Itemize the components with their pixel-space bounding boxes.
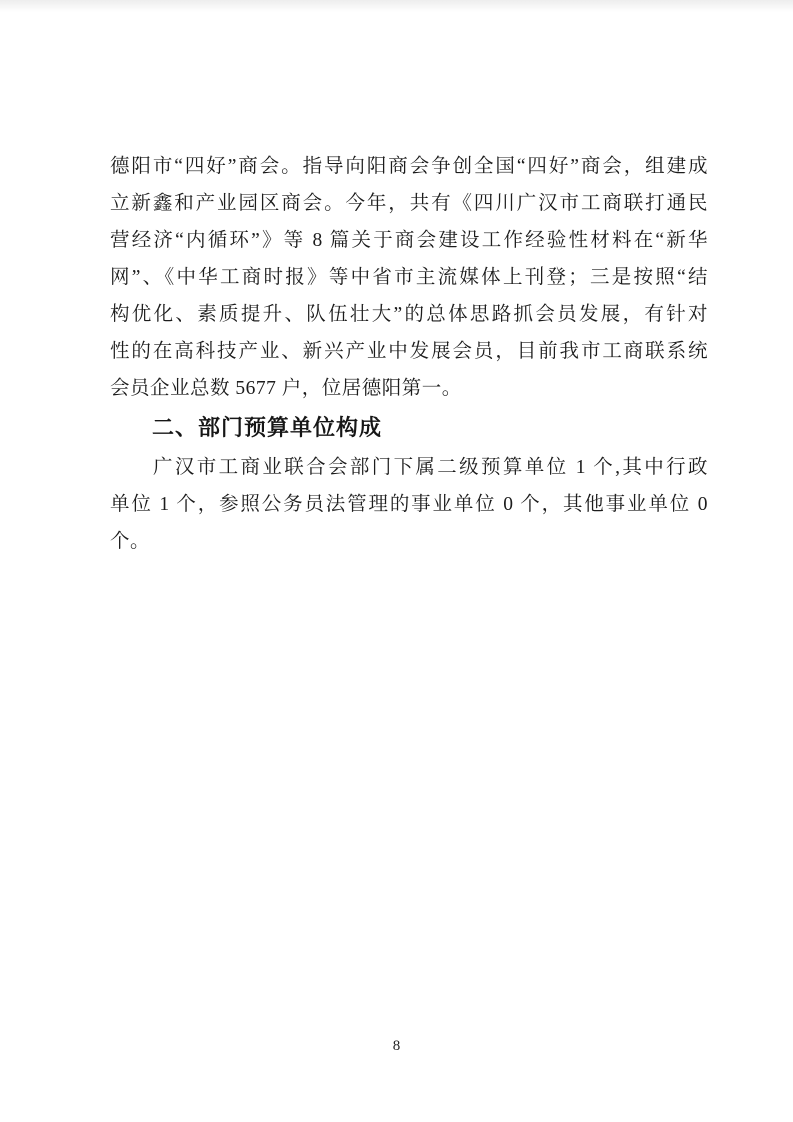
- paragraph1-line-4: 网”、《中华工商时报》等中省市主流媒体上刊登；三是按照“结: [110, 259, 708, 296]
- paragraph1-line-2: 立新鑫和产业园区商会。今年，共有《四川广汉市工商联打通民: [110, 185, 708, 222]
- paragraph1-line-6: 性的在高科技产业、新兴产业中发展会员，目前我市工商联系统: [110, 333, 708, 370]
- paragraph1-line-3: 营经济“内循环”》等 8 篇关于商会建设工作经验性材料在“新华: [110, 222, 708, 259]
- paragraph1-line-5: 构优化、素质提升、队伍壮大”的总体思路抓会员发展，有针对: [110, 296, 708, 333]
- paragraph1-line-7: 会员企业总数 5677 户，位居德阳第一。: [110, 370, 708, 407]
- paragraph2-line-1: 广汉市工商业联合会部门下属二级预算单位 1 个,其中行政: [110, 449, 708, 486]
- paragraph2-line-2: 单位 1 个，参照公务员法管理的事业单位 0 个，其他事业单位 0: [110, 486, 708, 523]
- paragraph-1: 德阳市“四好”商会。指导向阳商会争创全国“四好”商会，组建成 立新鑫和产业园区商…: [110, 148, 708, 407]
- paragraph2-line-3: 个。: [110, 523, 708, 560]
- section-heading: 二、部门预算单位构成: [152, 407, 708, 449]
- paragraph-2: 广汉市工商业联合会部门下属二级预算单位 1 个,其中行政 单位 1 个，参照公务…: [110, 449, 708, 560]
- paragraph1-line-1: 德阳市“四好”商会。指导向阳商会争创全国“四好”商会，组建成: [110, 148, 708, 185]
- page-number: 8: [0, 1036, 793, 1056]
- scan-edge-shading: [0, 0, 793, 14]
- page-body-text: 德阳市“四好”商会。指导向阳商会争创全国“四好”商会，组建成 立新鑫和产业园区商…: [110, 148, 708, 560]
- document-page: 德阳市“四好”商会。指导向阳商会争创全国“四好”商会，组建成 立新鑫和产业园区商…: [0, 0, 793, 1122]
